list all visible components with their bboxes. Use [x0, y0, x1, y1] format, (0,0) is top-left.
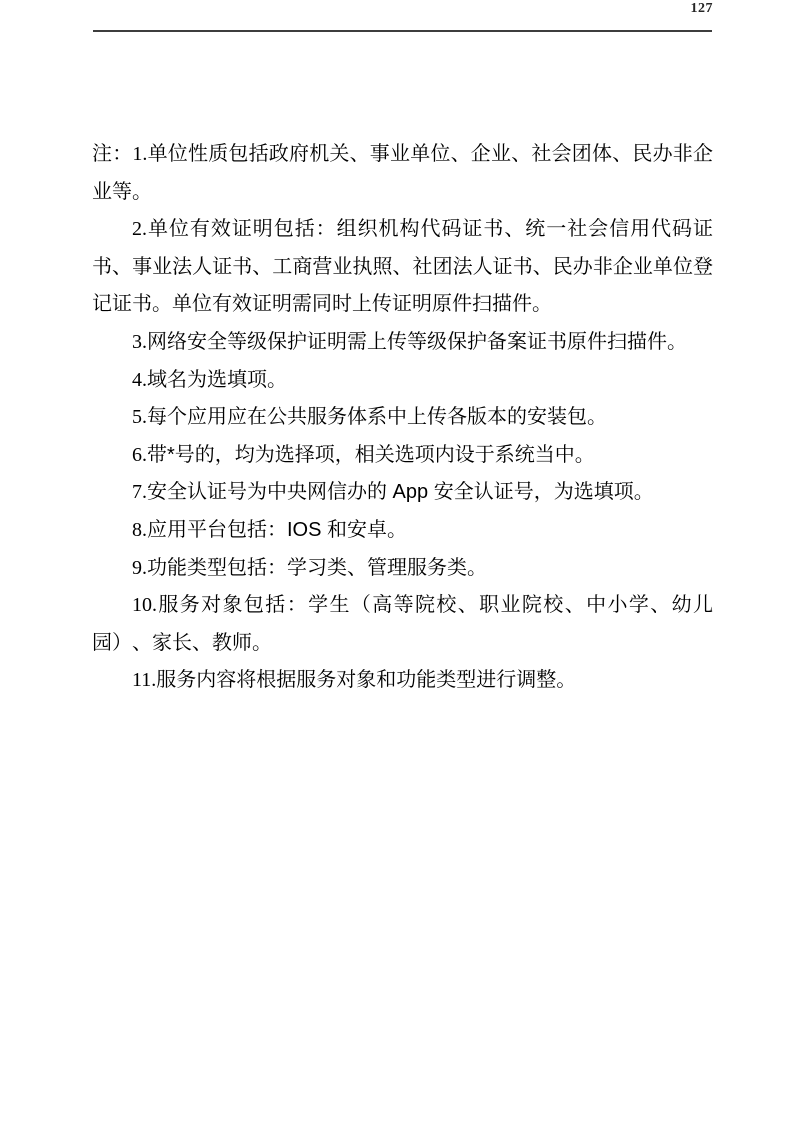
note-number-2: 2. — [132, 218, 147, 240]
note-item-4: 4.域名为选填项。 — [92, 362, 713, 400]
note-text-1: 单位性质包括政府机关、事业单位、企业、社会团体、民办非企业等。 — [92, 143, 713, 203]
page-number: 127 — [691, 1, 714, 17]
document-page: 127 注：1.单位性质包括政府机关、事业单位、企业、社会团体、民办非企业等。 … — [0, 0, 793, 1122]
note-item-8: 8.应用平台包括：IOS 和安卓。 — [92, 512, 713, 550]
note-item-10: 10.服务对象包括：学生（高等院校、职业院校、中小学、幼儿园）、家长、教师。 — [92, 587, 713, 662]
notes-label: 注： — [92, 143, 132, 165]
note-text-9: 功能类型包括：学习类、管理服务类。 — [147, 557, 487, 579]
note-text-7: 安全认证号为中央网信办的 App 安全认证号，为选填项。 — [147, 481, 654, 503]
note-item-5: 5.每个应用应在公共服务体系中上传各版本的安装包。 — [92, 399, 713, 437]
note-text-2: 单位有效证明包括：组织机构代码证书、统一社会信用代码证书、事业法人证书、工商营业… — [92, 218, 713, 315]
note-text-3: 网络安全等级保护证明需上传等级保护备案证书原件扫描件。 — [147, 331, 687, 353]
note-number-6: 6. — [132, 444, 147, 466]
note-item-7: 7.安全认证号为中央网信办的 App 安全认证号，为选填项。 — [92, 474, 713, 512]
note-number-11: 11. — [132, 669, 156, 691]
note-text-8: 应用平台包括：IOS 和安卓。 — [147, 519, 407, 541]
note-text-4: 域名为选填项。 — [147, 369, 287, 391]
note-text-6: 带*号的，均为选择项，相关选项内设于系统当中。 — [147, 444, 595, 466]
note-number-1: 1. — [132, 143, 147, 165]
note-number-4: 4. — [132, 369, 147, 391]
note-text-10: 服务对象包括：学生（高等院校、职业院校、中小学、幼儿园）、家长、教师。 — [92, 594, 713, 654]
note-number-5: 5. — [132, 406, 147, 428]
note-item-3: 3.网络安全等级保护证明需上传等级保护备案证书原件扫描件。 — [92, 324, 713, 362]
note-item-11: 11.服务内容将根据服务对象和功能类型进行调整。 — [92, 662, 713, 700]
note-text-11: 服务内容将根据服务对象和功能类型进行调整。 — [156, 669, 576, 691]
note-item-9: 9.功能类型包括：学习类、管理服务类。 — [92, 550, 713, 588]
note-number-7: 7. — [132, 481, 147, 503]
note-number-3: 3. — [132, 331, 147, 353]
note-number-9: 9. — [132, 557, 147, 579]
note-item-6: 6.带*号的，均为选择项，相关选项内设于系统当中。 — [92, 437, 713, 475]
note-item-1: 注：1.单位性质包括政府机关、事业单位、企业、社会团体、民办非企业等。 — [92, 136, 713, 211]
header-rule — [93, 30, 712, 32]
note-item-2: 2.单位有效证明包括：组织机构代码证书、统一社会信用代码证书、事业法人证书、工商… — [92, 211, 713, 324]
note-text-5: 每个应用应在公共服务体系中上传各版本的安装包。 — [147, 406, 607, 428]
note-number-8: 8. — [132, 519, 147, 541]
note-number-10: 10. — [132, 594, 157, 616]
notes-section: 注：1.单位性质包括政府机关、事业单位、企业、社会团体、民办非企业等。 2.单位… — [92, 136, 713, 700]
